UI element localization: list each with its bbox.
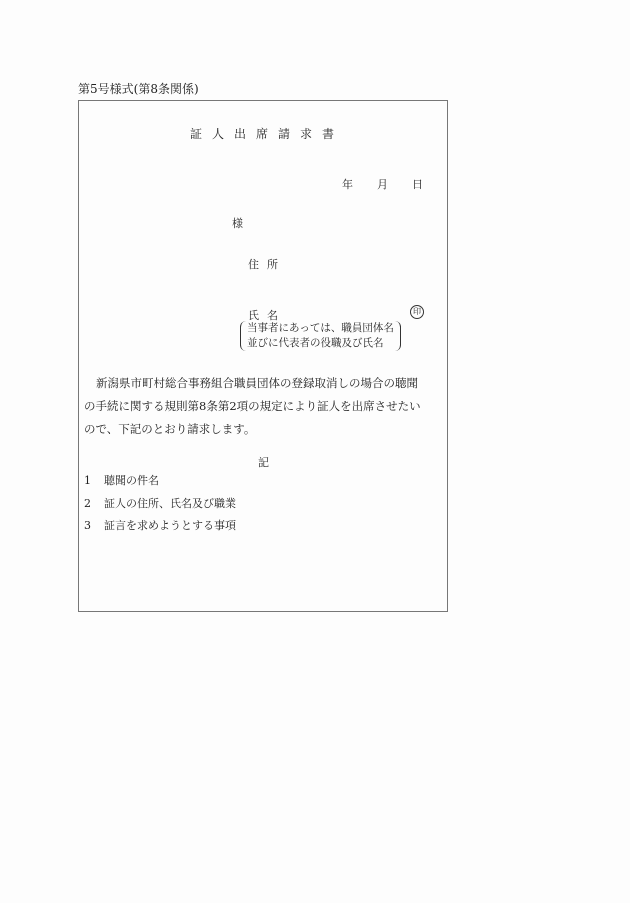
date-day-label: 日 (412, 176, 423, 192)
address-label: 住所 (248, 256, 286, 272)
name-note-line: 当事者にあっては、職員団体名 (247, 321, 394, 336)
name-note-line: 並びに代表者の役職及び氏名 (247, 336, 394, 351)
body-line: ので、下記のとおり請求します。 (84, 418, 444, 441)
list-item: 3証言を求めようとする事項 (84, 517, 236, 533)
addressee-suffix: 様 (232, 215, 243, 231)
list-item: 2証人の住所、氏名及び職業 (84, 495, 236, 511)
seal-icon: 印 (410, 305, 424, 319)
item-text: 証人の住所、氏名及び職業 (104, 497, 236, 510)
list-item: 1聴聞の件名 (84, 472, 159, 488)
request-body: 新潟県市町村総合事務組合職員団体の登録取消しの場合の聴聞 の手続に関する規則第8… (84, 372, 444, 441)
item-text: 証言を求めようとする事項 (104, 519, 236, 532)
body-line: 新潟県市町村総合事務組合職員団体の登録取消しの場合の聴聞 (84, 372, 444, 395)
item-text: 聴聞の件名 (104, 474, 159, 487)
item-number: 1 (84, 474, 104, 487)
form-caption: 第5号様式(第8条関係) (78, 80, 199, 97)
item-number: 2 (84, 497, 104, 510)
form-frame (78, 100, 448, 612)
item-number: 3 (84, 519, 104, 532)
ki-heading: 記 (258, 454, 269, 470)
date-month-label: 月 (377, 176, 388, 192)
date-year-label: 年 (342, 176, 353, 192)
body-line: の手続に関する規則第8条第2項の規定により証人を出席させたい (84, 395, 444, 418)
document-title: 証人出席請求書 (190, 125, 344, 142)
name-note: 当事者にあっては、職員団体名 並びに代表者の役職及び氏名 (240, 321, 401, 351)
